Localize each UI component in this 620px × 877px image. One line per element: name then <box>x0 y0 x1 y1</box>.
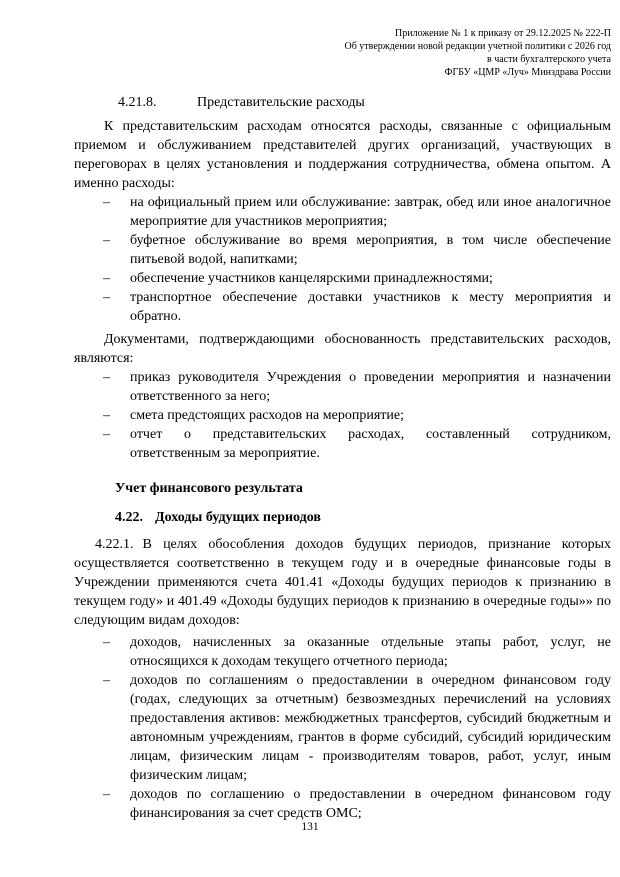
header-line-4: ФГБУ «ЦМР «Луч» Минздрава России <box>74 66 611 79</box>
supporting-documents-intro-paragraph: Документами, подтверждающими обоснованно… <box>74 330 611 368</box>
document-header: Приложение № 1 к приказу от 29.12.2025 №… <box>74 27 611 79</box>
section-heading-4-21-8: 4.21.8.Представительские расходы <box>118 93 611 113</box>
future-income-types-list: доходов, начисленных за оказанные отдель… <box>130 633 611 823</box>
list-item: отчет о представительских расходах, сост… <box>130 425 611 463</box>
supporting-documents-list: приказ руководителя Учреждения о проведе… <box>130 368 611 463</box>
header-line-2: Об утверждении новой редакции учетной по… <box>74 40 611 53</box>
header-line-1: Приложение № 1 к приказу от 29.12.2025 №… <box>74 27 611 40</box>
section-heading-4-22: 4.22.Доходы будущих периодов <box>115 508 611 528</box>
expense-types-list: на официальный прием или обслуживание: з… <box>130 193 611 326</box>
list-item: приказ руководителя Учреждения о проведе… <box>130 368 611 406</box>
list-item: буфетное обслуживание во время мероприят… <box>130 231 611 269</box>
section-title: Представительские расходы <box>197 95 365 110</box>
clause-4-22-1-paragraph: 4.22.1.В целях обособления доходов будущ… <box>74 535 611 630</box>
section-title: Доходы будущих периодов <box>155 510 321 525</box>
list-item: транспортное обеспечение доставки участн… <box>130 288 611 326</box>
header-line-3: в части бухгалтерского учета <box>74 53 611 66</box>
section-number: 4.21.8. <box>118 93 197 113</box>
document-page: Приложение № 1 к приказу от 29.12.2025 №… <box>0 0 620 877</box>
clause-number: 4.22.1. <box>95 537 134 552</box>
list-item: обеспечение участников канцелярскими при… <box>130 269 611 288</box>
list-item: на официальный прием или обслуживание: з… <box>130 193 611 231</box>
list-item: доходов, начисленных за оказанные отдель… <box>130 633 611 671</box>
list-item: доходов по соглашениям о предоставлении … <box>130 671 611 785</box>
chapter-heading-financial-result: Учет финансового результата <box>115 479 611 499</box>
list-item: смета предстоящих расходов на мероприяти… <box>130 406 611 425</box>
representation-expenses-intro-paragraph: К представительским расходам относятся р… <box>74 117 611 193</box>
section-number: 4.22. <box>115 508 155 528</box>
clause-text: В целях обособления доходов будущих пери… <box>74 537 611 628</box>
page-number: 131 <box>0 818 620 837</box>
